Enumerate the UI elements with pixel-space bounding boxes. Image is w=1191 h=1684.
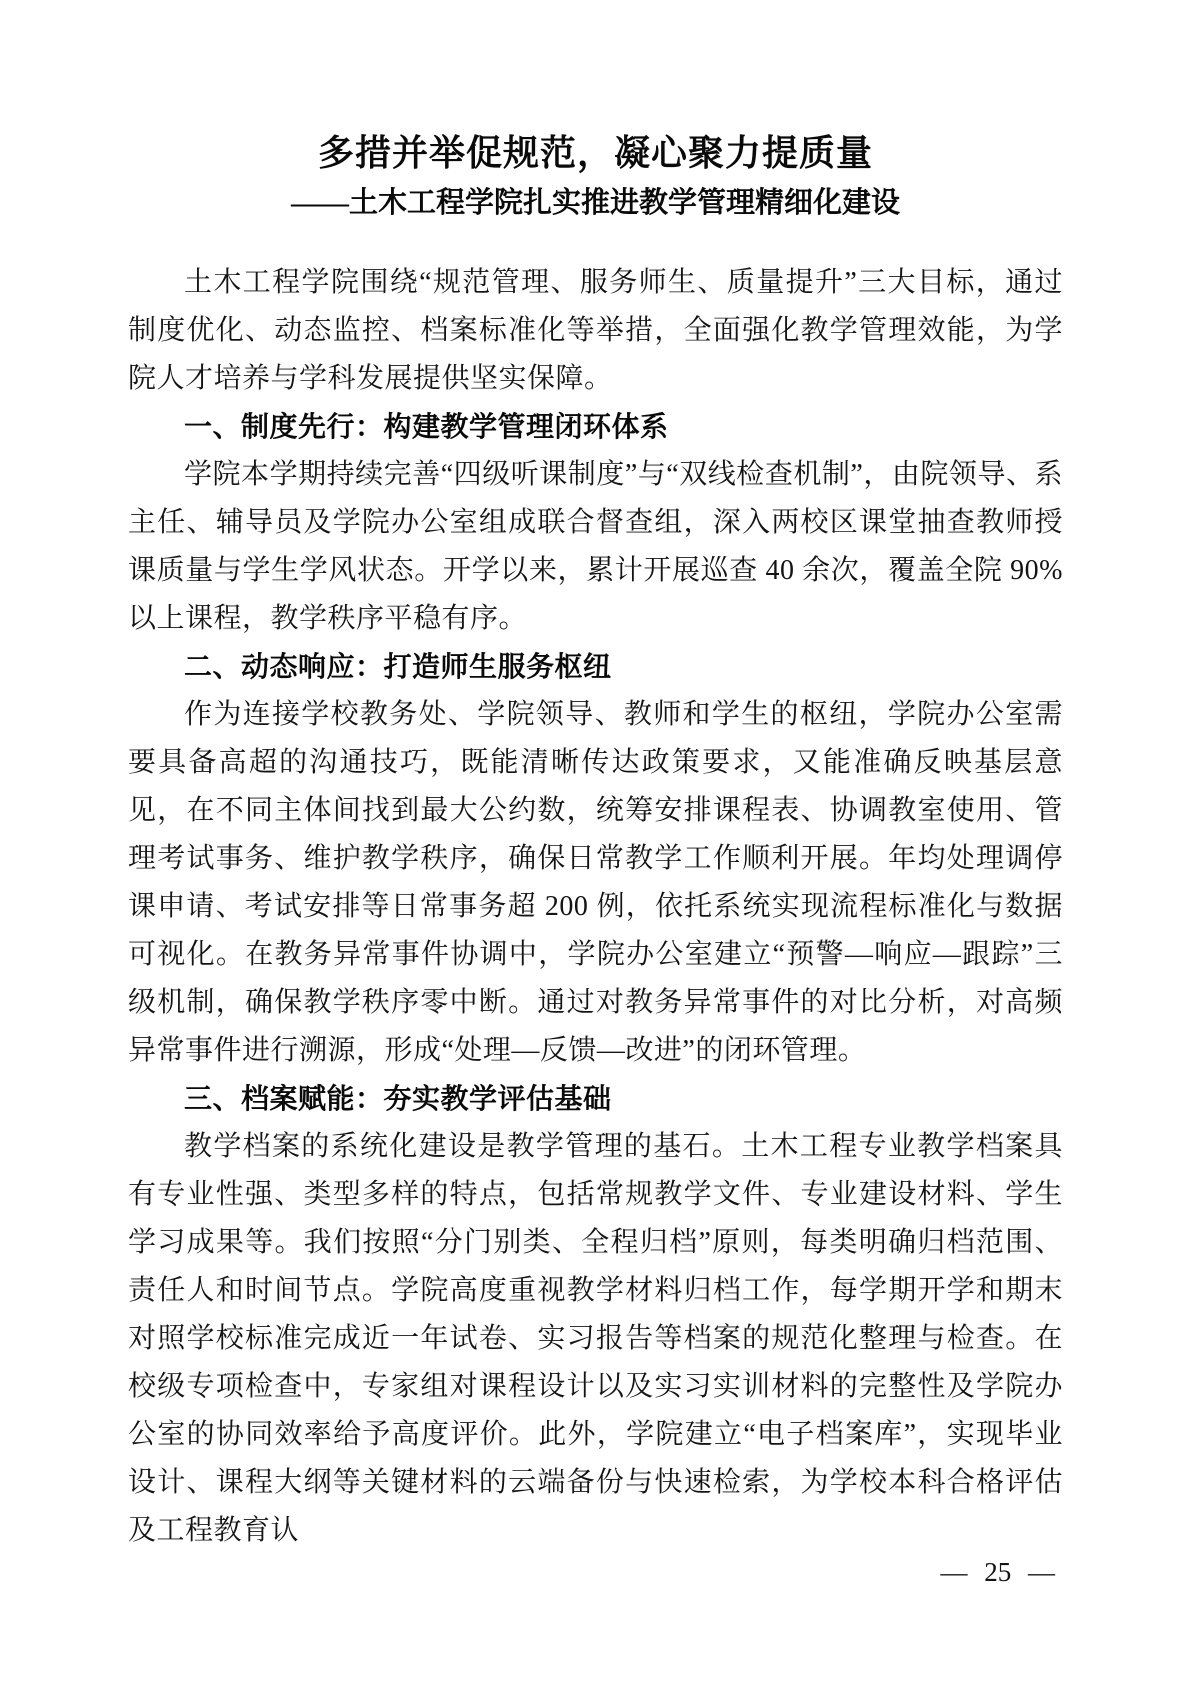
document-body: 土木工程学院围绕“规范管理、服务师生、质量提升”三大目标，通过制度优化、动态监控… (128, 259, 1063, 1555)
intro-paragraph: 土木工程学院围绕“规范管理、服务师生、质量提升”三大目标，通过制度优化、动态监控… (128, 259, 1063, 403)
section-heading-2: 二、动态响应：打造师生服务枢纽 (128, 643, 1063, 691)
document-title: 多措并举促规范，凝心聚力提质量 (128, 126, 1063, 180)
document-subtitle: ——土木工程学院扎实推进教学管理精细化建设 (128, 180, 1063, 226)
section-paragraph-1: 学院本学期持续完善“四级听课制度”与“双线检查机制”，由院领导、系主任、辅导员及… (128, 451, 1063, 643)
section-paragraph-2: 作为连接学校教务处、学院领导、教师和学生的枢纽，学院办公室需要具备高超的沟通技巧… (128, 691, 1063, 1075)
section-paragraph-3: 教学档案的系统化建设是教学管理的基石。土木工程专业教学档案具有专业性强、类型多样… (128, 1123, 1063, 1555)
section-heading-3: 三、档案赋能：夯实教学评估基础 (128, 1075, 1063, 1123)
page-number: — 25 — (941, 1557, 1056, 1588)
document-page: 多措并举促规范，凝心聚力提质量 ——土木工程学院扎实推进教学管理精细化建设 土木… (0, 0, 1191, 1684)
section-heading-1: 一、制度先行：构建教学管理闭环体系 (128, 403, 1063, 451)
